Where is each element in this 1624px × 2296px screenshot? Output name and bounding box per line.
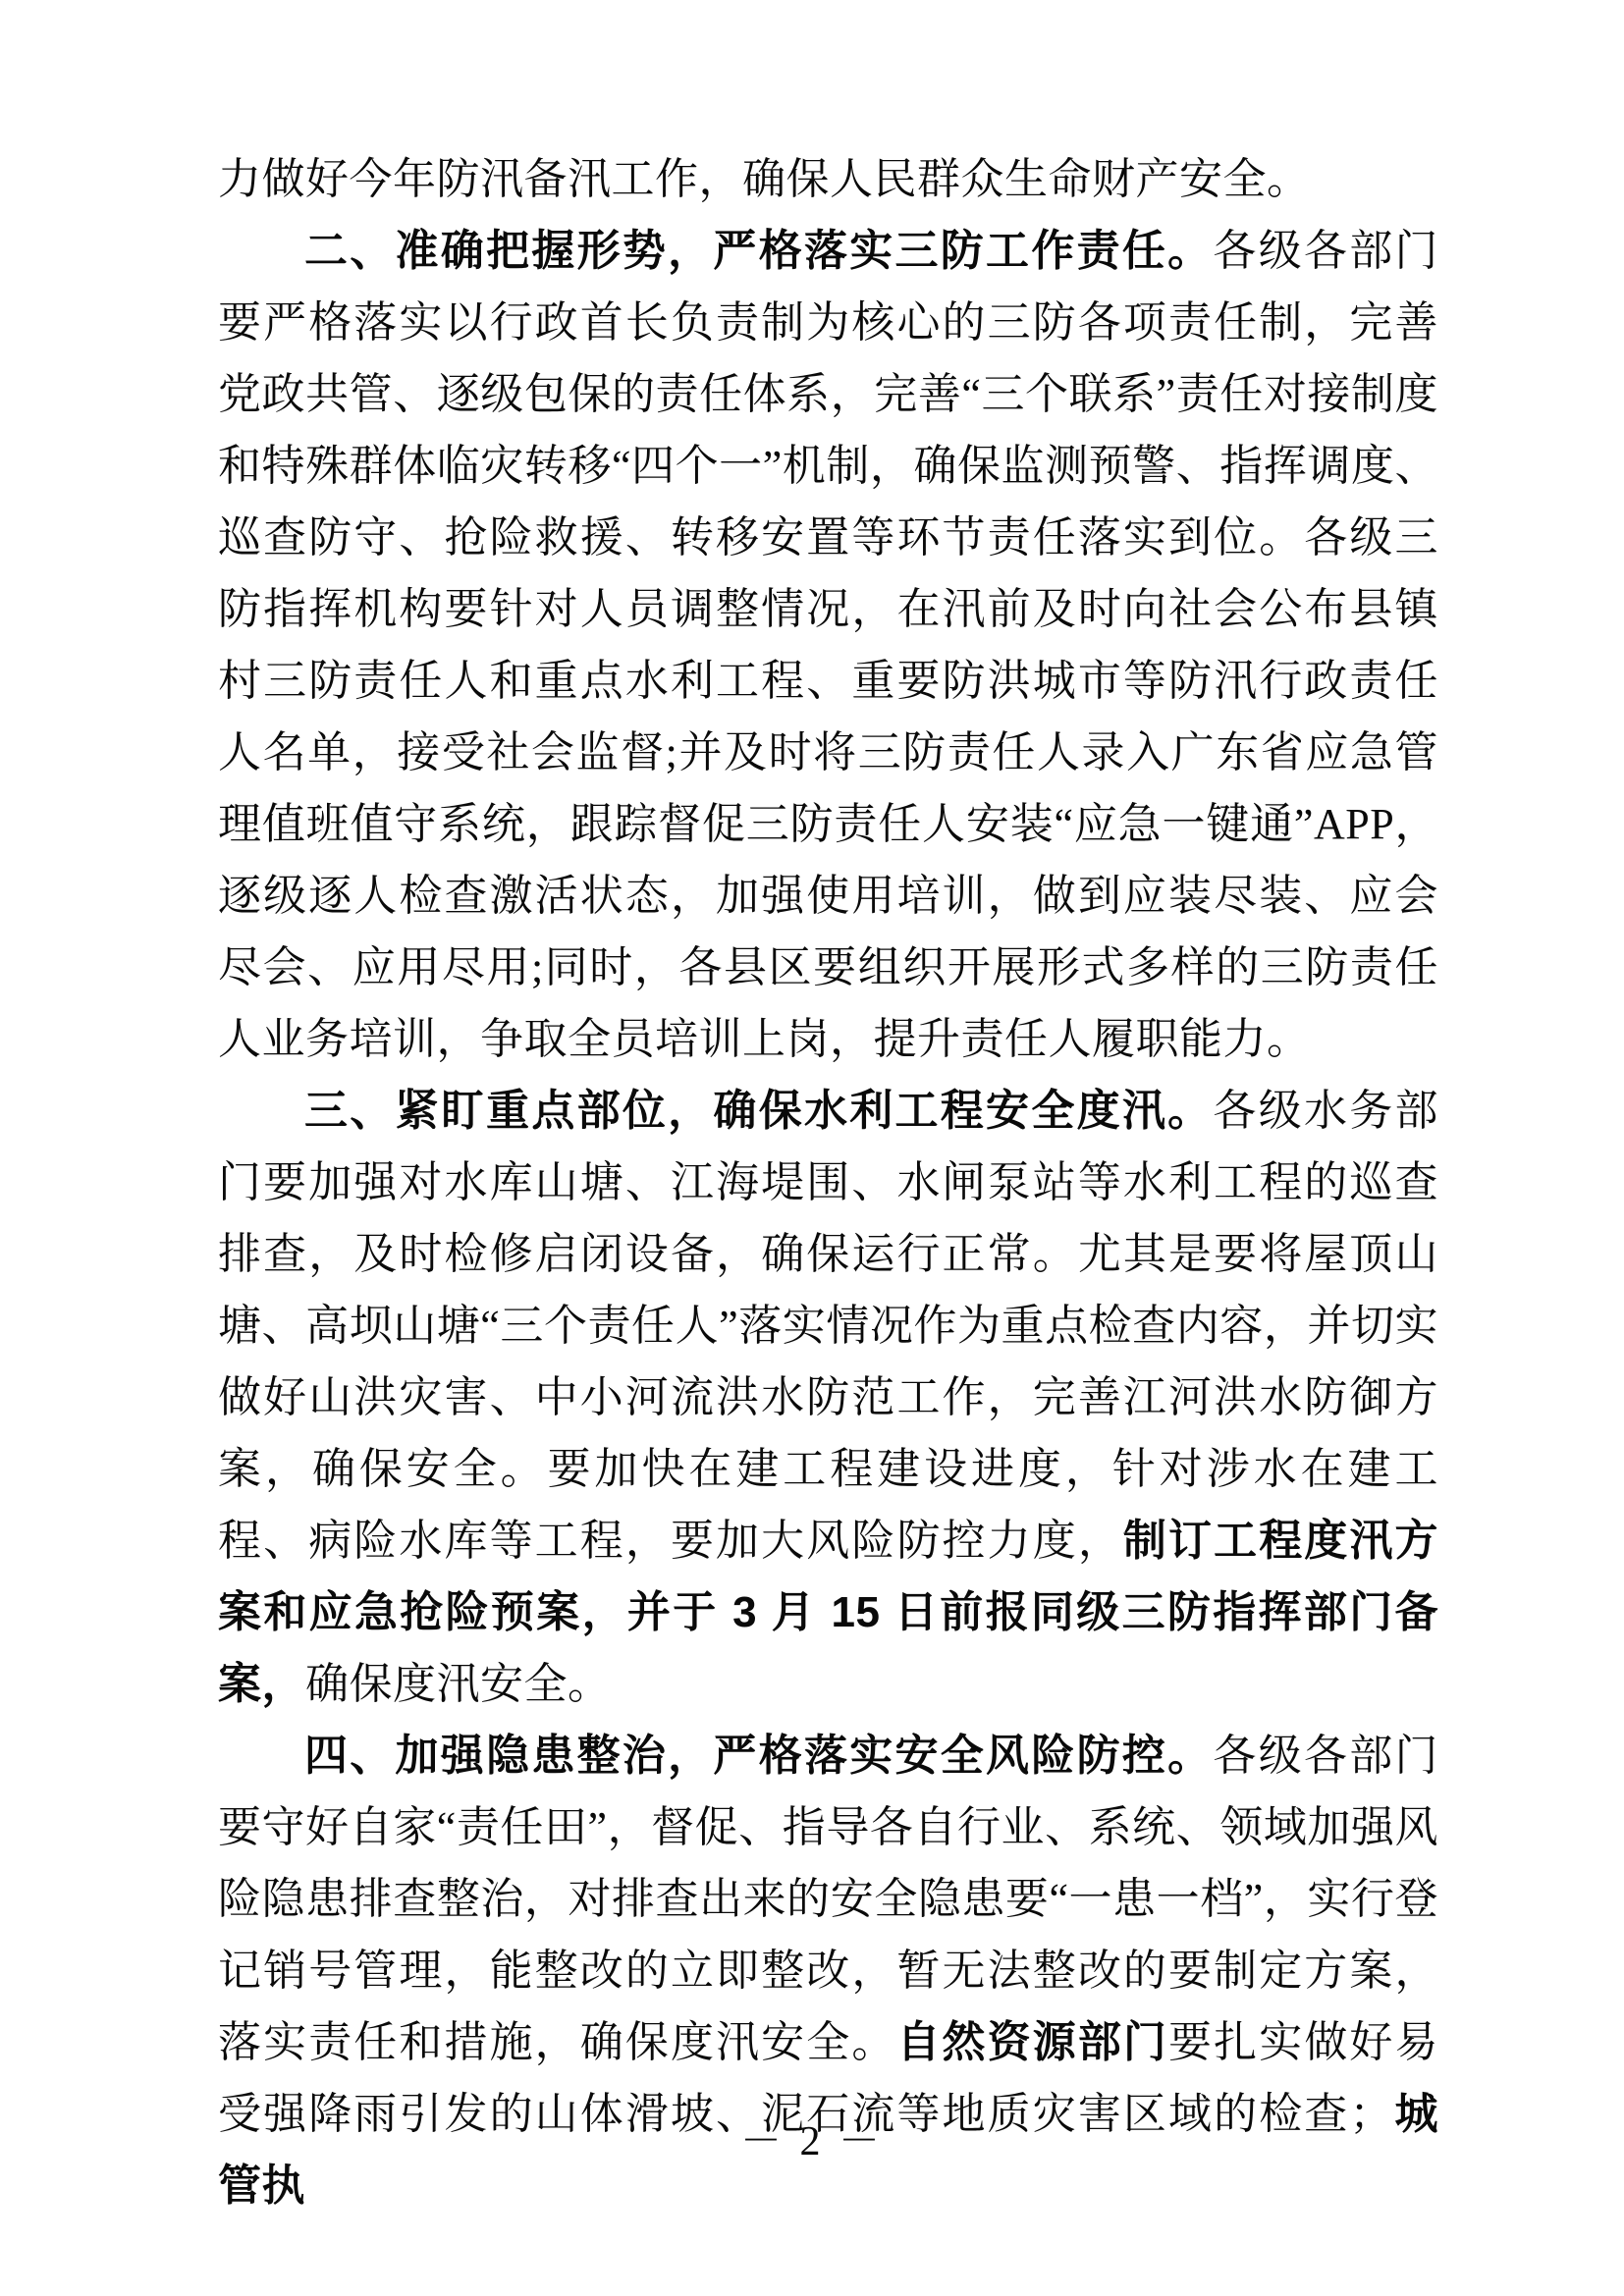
paragraph-section-2: 二、准确把握形势，严格落实三防工作责任。各级各部门要严格落实以行政首长负责制为核… — [218, 215, 1438, 1075]
document-page: 力做好今年防汛备汛工作，确保人民群众生命财产安全。 二、准确把握形势，严格落实三… — [0, 0, 1624, 2296]
paragraph-section-3: 三、紧盯重点部位，确保水利工程安全度汛。各级水务部门要加强对水库山塘、江海堤围、… — [218, 1075, 1438, 1720]
text-run: 力做好今年防汛备汛工作，确保人民群众生命财产安全。 — [218, 155, 1311, 203]
section-3-heading: 三、紧盯重点部位，确保水利工程安全度汛。 — [304, 1087, 1213, 1135]
text-run: 确保度汛安全。 — [305, 1660, 612, 1708]
bold-natural-resources-dept: 自然资源部门 — [896, 2018, 1168, 2066]
paragraph-continuation: 力做好今年防汛备汛工作，确保人民群众生命财产安全。 — [218, 143, 1438, 215]
text-run: 各级水务部门要加强对水库山塘、江海堤围、水闸泵站等水利工程的巡查排查，及时检修启… — [218, 1087, 1438, 1565]
section-2-heading: 二、准确把握形势，严格落实三防工作责任。 — [304, 227, 1213, 275]
text-run: 各级各部门要守好自家“责任田”，督促、指导各自行业、系统、领域加强风险隐患排查整… — [218, 1732, 1438, 2066]
page-number: － 2 － — [0, 2109, 1624, 2167]
section-4-heading: 四、加强隐患整治，严格落实安全风险防控。 — [304, 1732, 1213, 1780]
document-body: 力做好今年防汛备汛工作，确保人民群众生命财产安全。 二、准确把握形势，严格落实三… — [218, 143, 1438, 2221]
text-run: 各级各部门要严格落实以行政首长负责制为核心的三防各项责任制，完善党政共管、逐级包… — [218, 227, 1438, 1063]
